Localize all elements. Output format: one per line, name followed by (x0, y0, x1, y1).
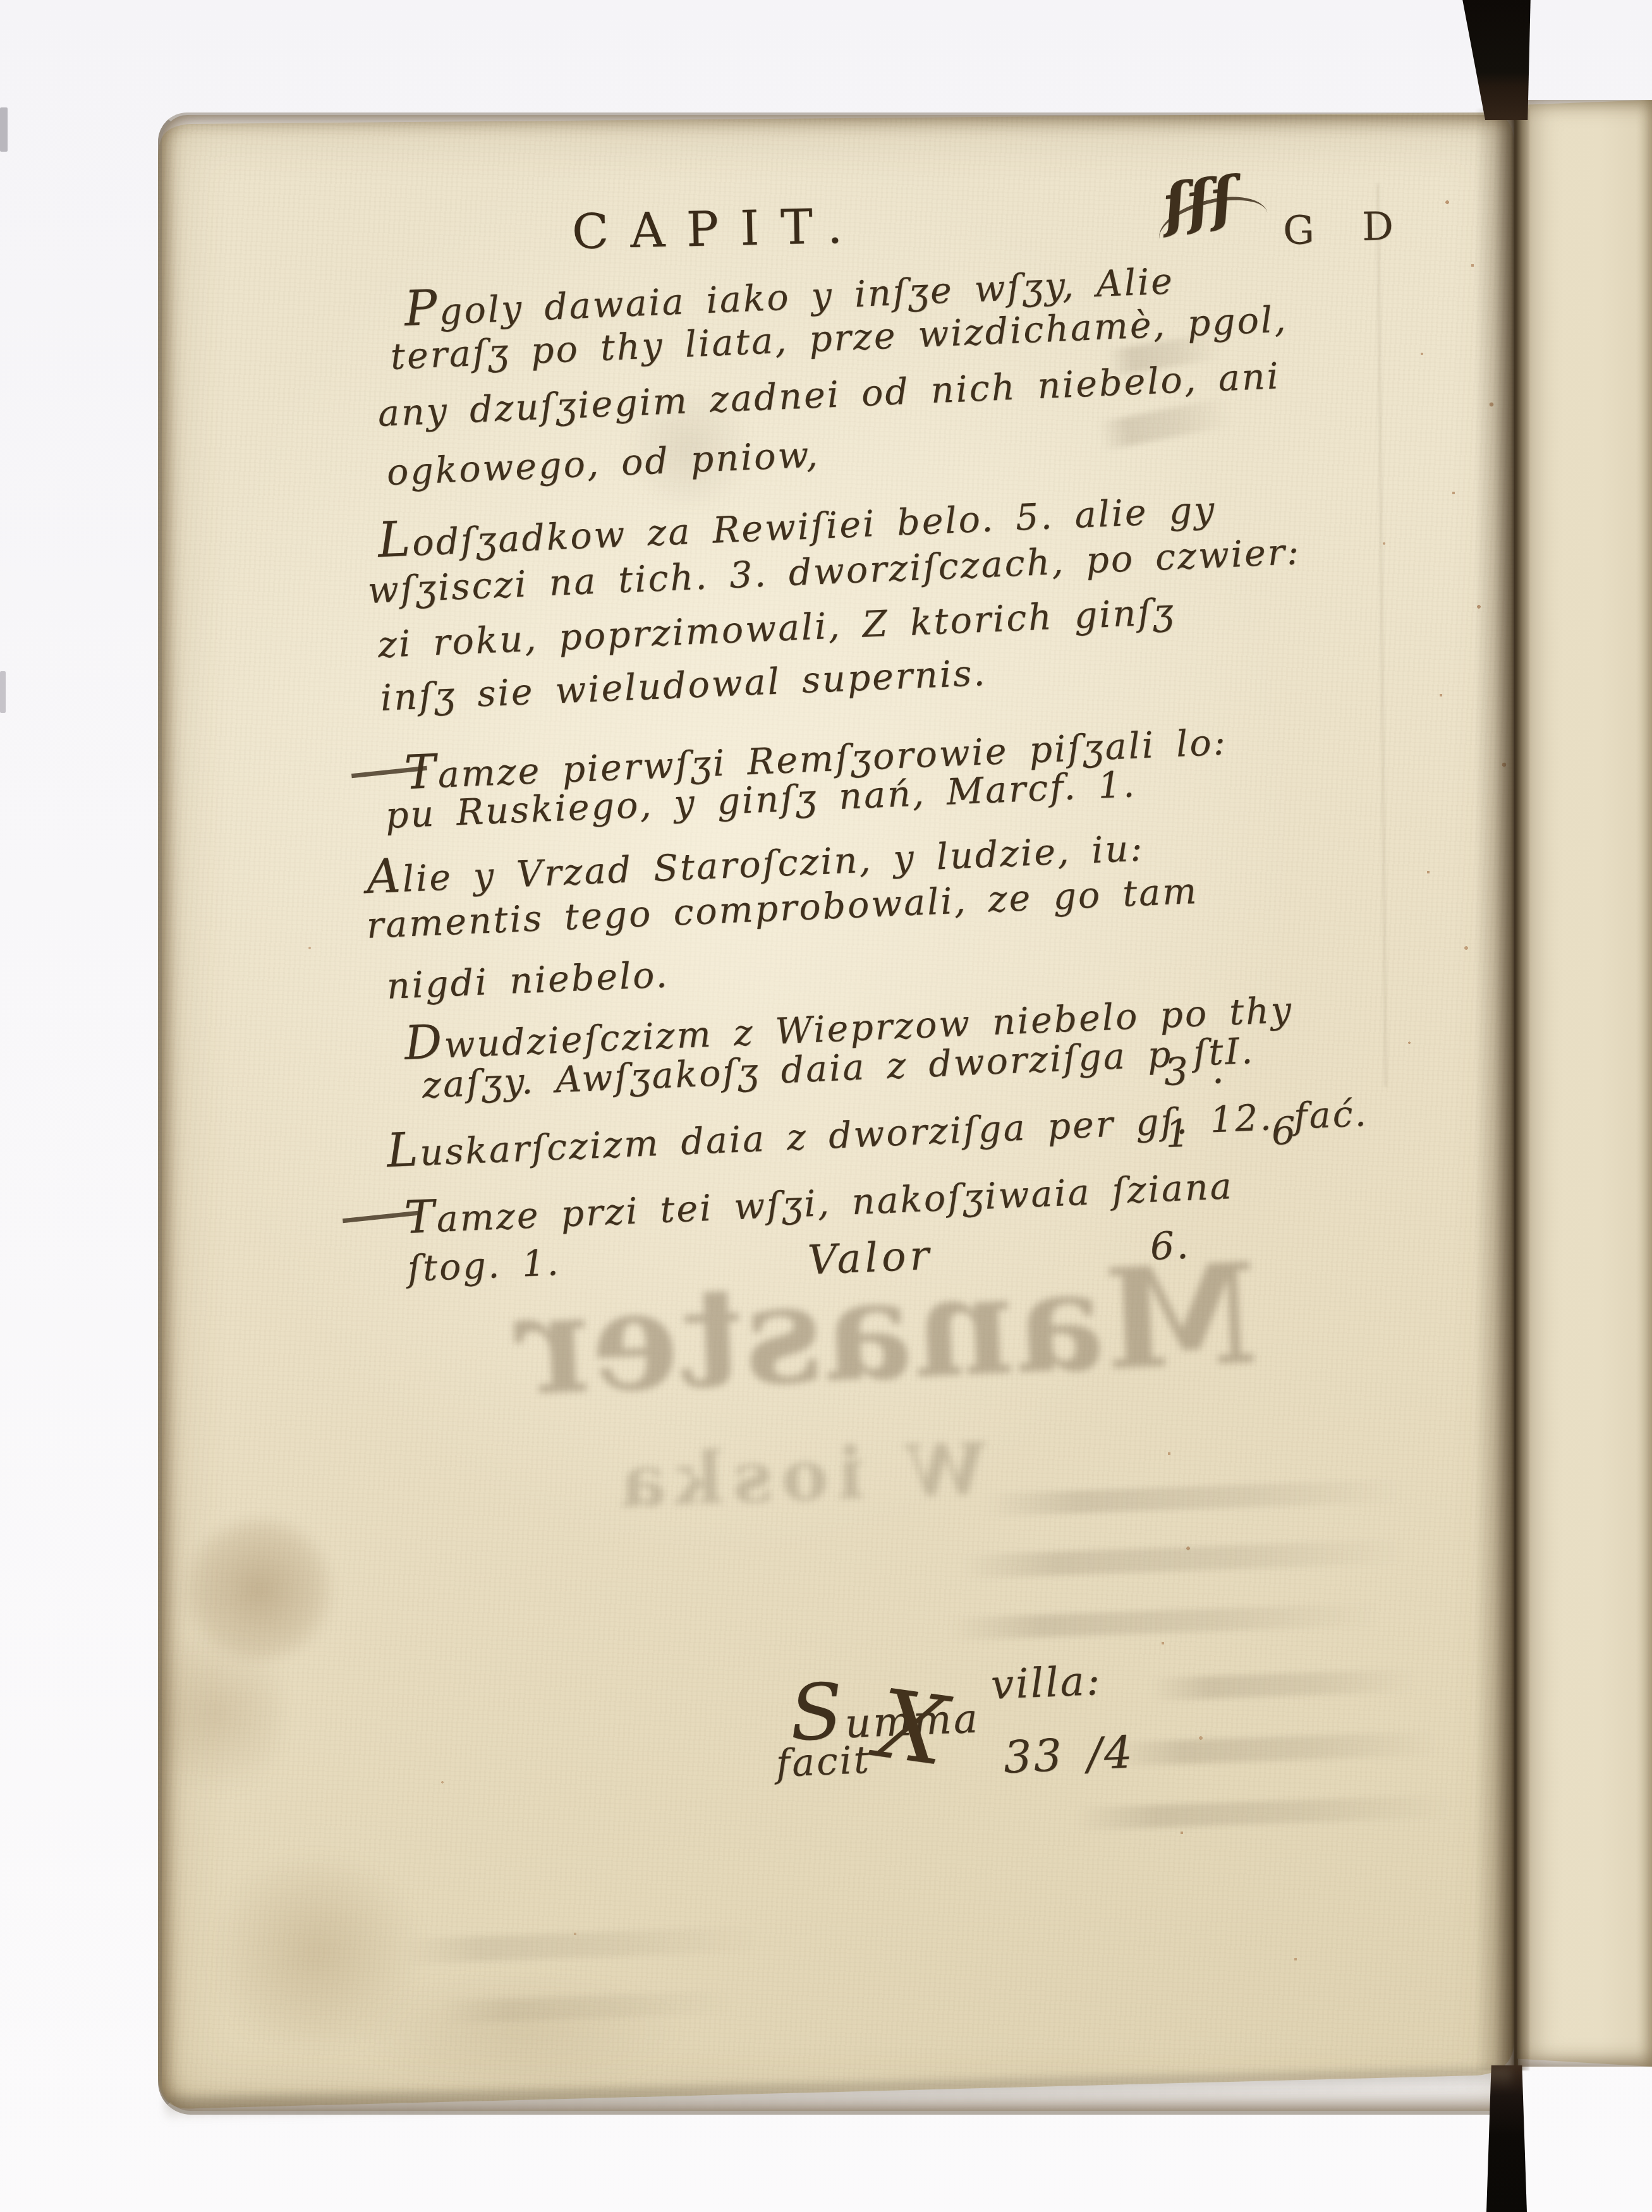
amount-value: 3 . (1163, 1048, 1227, 1095)
manuscript-line: ogkowego, od pniow, (386, 434, 820, 494)
manuscript-line: nigdi niebelo. (386, 954, 670, 1007)
scanner-edge-mark (0, 107, 8, 152)
paper-stain (202, 1858, 430, 2048)
manuscript-line: ſtog. 1. (407, 1242, 561, 1290)
bleedthrough-subtitle-text: W ioska (656, 1428, 987, 1522)
bleedthrough-smudge (948, 1603, 1378, 1641)
summary-word-villa: villa: (990, 1658, 1102, 1709)
bleedthrough-smudge (961, 1540, 1404, 1579)
bookmark-ribbon-top (1461, 0, 1532, 120)
valor-label: Valor (806, 1232, 933, 1284)
paper-stain (354, 1972, 683, 2092)
bleedthrough-smudge (986, 1479, 1404, 1516)
bleedthrough-smudge (1074, 1795, 1454, 1831)
book-gutter-shadow (1475, 109, 1529, 2070)
adjacent-page-edge (1514, 100, 1652, 2067)
bleedthrough-smudge (1150, 1669, 1416, 1701)
scanner-edge-mark (0, 671, 6, 713)
amount-value: 6 (1271, 1109, 1299, 1154)
amount-value: 6. (1150, 1223, 1191, 1269)
summary-amount: 33 /4 (1002, 1726, 1135, 1784)
summary-word-facit: facit (775, 1738, 872, 1786)
scanned-book-spread: Manaster W ioska CAPIT. ſſſ G D Pgoly da… (0, 0, 1652, 2212)
marginal-letter-d: D (1361, 203, 1394, 250)
manuscript-page: Manaster W ioska CAPIT. ſſſ G D Pgoly da… (0, 0, 1652, 2212)
bleedthrough-smudge (1112, 1731, 1441, 1766)
summary-ink-flourish: X (871, 1669, 955, 1788)
bleedthrough-smudge (404, 1926, 758, 1964)
bleedthrough-column-rule (1377, 183, 1387, 1087)
bleedthrough-smudge (442, 1991, 734, 2024)
marginal-letter-g: G (1282, 207, 1315, 253)
chapter-heading: CAPIT. (571, 197, 865, 260)
amount-value: 1 (1165, 1111, 1193, 1157)
paper-stain (150, 1618, 283, 1808)
paper-stain (183, 1517, 335, 1662)
bleedthrough-smudge (1097, 397, 1233, 451)
